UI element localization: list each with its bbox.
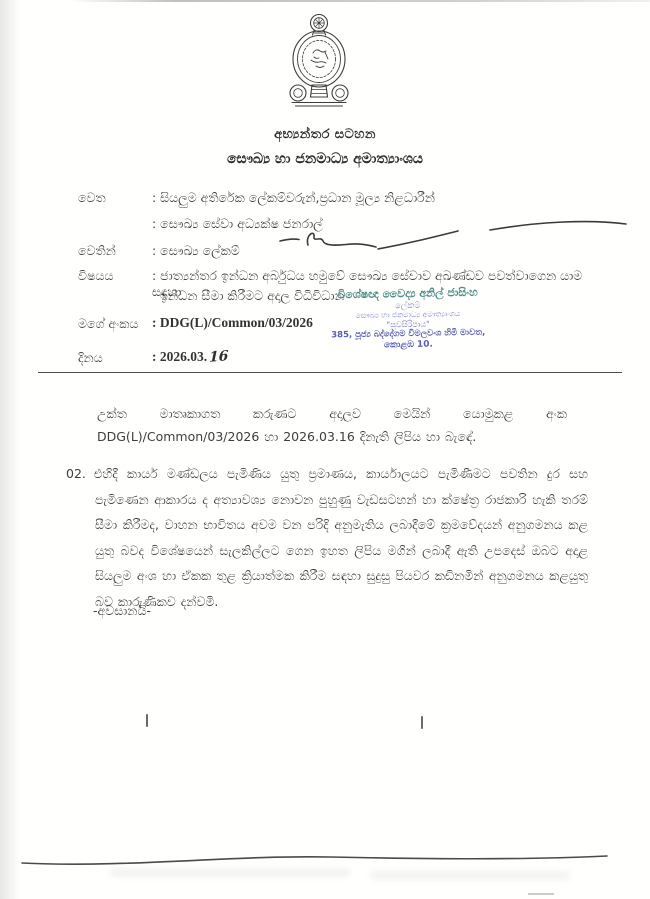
sri-lanka-emblem-icon [287,12,351,110]
stamp-city: කොළඹ 10. [302,338,514,352]
scan-artifact-dash [528,893,554,895]
scan-shadow [370,871,570,880]
closing-text: -අවසානයි- [93,603,151,619]
scan-shadow [110,868,350,877]
official-stamp: විශේෂඥ වෛද්‍ය අනිල් ජාසිංහ ලේකම් සෞඛ්‍ය … [301,286,514,353]
document-page: අභ්‍යන්තර සටහන සෞඛ්‍ය හා ජනමාධ්‍ය අමාත්‍… [0,0,650,899]
body-paragraph-1: උක්ත මාතෘකාගත කරුණට අදාලව මෙයින් යොමුකළ … [97,402,567,448]
base-lines [292,103,346,107]
reference-number-value: : DDG(L)/Common/03/2026 [152,315,313,331]
date-label: දිනය [78,350,103,366]
secretary-signature [278,212,630,260]
lion-figure [311,50,328,68]
paragraph-text: එහිදී කාර්ය මණ්ඩලය පැමිණිය යුතු ප්‍රමාණය… [94,466,588,609]
ministry-name: සෞඛ්‍ය හා ජනමාධ්‍ය අමාත්‍යාංශය [0,151,650,167]
separator-line [38,372,622,373]
date-value: : 2026.03.16 [152,349,229,365]
subject-label: විෂයය [78,268,113,284]
fold-mark-right [421,716,423,729]
paragraph-number: 02. [66,466,86,481]
fold-mark-left [146,714,148,727]
body-paragraph-2: 02.එහිදී කාර්ය මණ්ඩලය පැමිණිය යුතු ප්‍රම… [66,461,588,614]
scan-edge-top [70,0,650,2]
date-printed-part: : 2026.03. [152,349,207,364]
document-type-title: අභ්‍යන්තර සටහන [0,127,650,142]
reference-number-label: මගේ අංකය [78,316,138,332]
date-handwritten-day: 16 [209,348,229,366]
from-label: වෙතින් [78,243,116,259]
to-label: වෙත [78,190,106,206]
from-value: : සෞඛ්‍ය ලේකම් [152,243,240,259]
lion-circle [293,31,345,87]
to-recipients-line1: : සියලුම අතිරේක ලේකම්වරුන්,ප්‍රධාන මූල්‍… [152,190,435,206]
